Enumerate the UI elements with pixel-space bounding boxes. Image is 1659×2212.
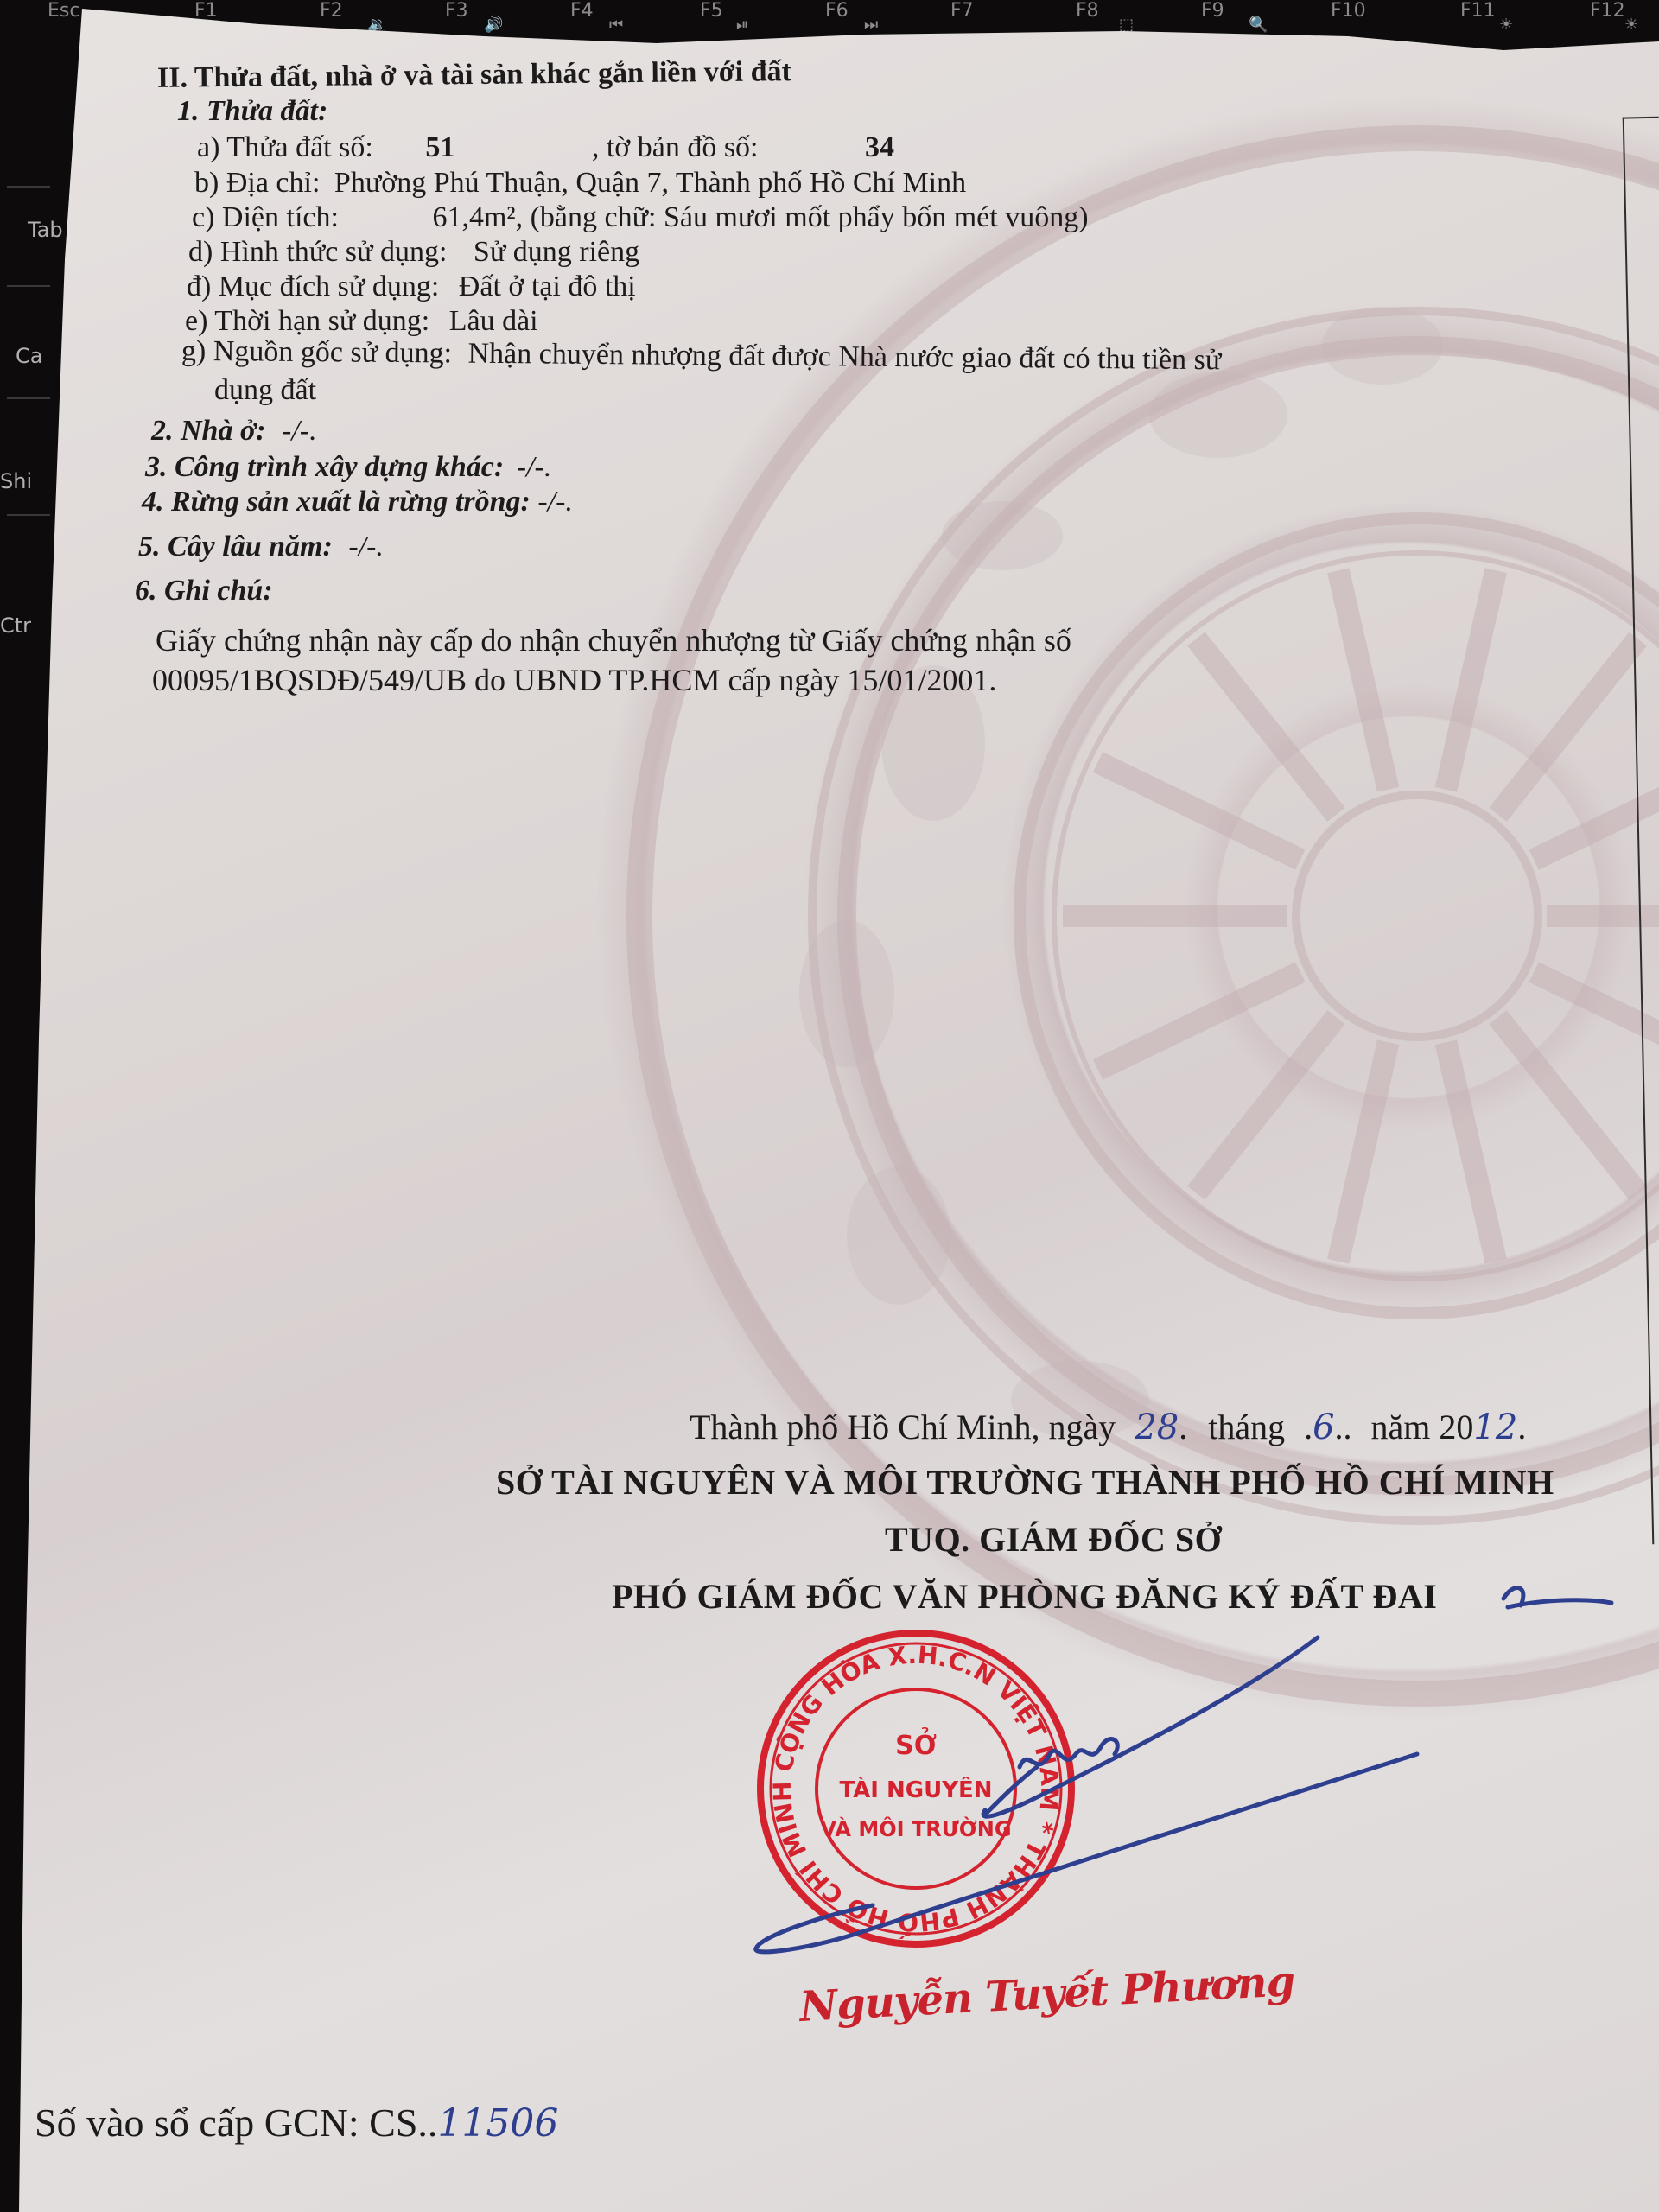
term-value: Lâu dài [449,305,538,337]
house-row: 2. Nhà ở: -/-. [151,415,317,448]
agency-name: SỞ TÀI NGUYÊN VÀ MÔI TRƯỜNG THÀNH PHỐ HỒ… [496,1462,1554,1503]
seal-center-line3: VÀ MÔI TRƯỜNG [820,1815,1011,1841]
key-f11: F11 [1460,0,1496,22]
production-forest-heading: 4. Rừng sản xuất là rừng trồng: [142,486,531,518]
notes-line1: Giấy chứng nhận này cấp do nhận chuyển n… [156,622,1071,658]
key-f9: F9 [1201,0,1224,22]
other-construction-value: -/-. [517,451,552,483]
production-forest-value: -/-. [537,486,573,518]
key-shift: Shi [0,469,32,493]
year-printed: 20 [1439,1408,1473,1446]
key-f7: F7 [950,0,974,22]
on-behalf-title: TUQ. GIÁM ĐỐC SỞ [885,1519,1222,1560]
play-pause-icon: ⏯ [736,16,748,34]
other-construction-heading: 3. Công trình xây dựng khác: [145,451,504,483]
key-f4: F4 [570,0,594,22]
key-tab: Tab [28,218,63,242]
seal-center-line1: SỞ [895,1726,937,1761]
signer-name: Nguyễn Tuyết Phương [798,1957,1295,2031]
registry-number: 11506 [437,2101,558,2145]
signer-position: PHÓ GIÁM ĐỐC VĂN PHÒNG ĐĂNG KÝ ĐẤT ĐAI [612,1576,1437,1617]
address-label: b) Địa chỉ: [194,167,320,199]
usage-form-label: d) Hình thức sử dụng: [188,236,447,268]
map-sheet-label: , tờ bản đồ số: [592,131,759,163]
other-construction-row: 3. Công trình xây dựng khác: -/-. [145,451,551,484]
origin-value-line2: dụng đất [214,374,316,407]
notes-heading: 6. Ghi chú: [135,575,273,607]
house-value: -/-. [282,415,317,447]
origin-value-line1: Nhận chuyển nhượng đất được Nhà nước gia… [467,338,1221,377]
area-value: 61,4m² [432,201,515,233]
plot-number-row: a) Thửa đất số: 51 , tờ bản đồ số: 34 [197,131,894,164]
usage-form-row: d) Hình thức sử dụng: Sử dụng riêng [188,236,639,269]
volume-up-icon: 🔊 [484,16,503,34]
registry-label: Số vào sổ cấp GCN: CS.. [35,2101,437,2145]
date-month: 6 [1313,1408,1334,1447]
key-esc: Esc [48,0,79,22]
year-handwritten: 12 [1473,1408,1517,1447]
key-f6: F6 [825,0,849,22]
key-ctrl: Ctr [0,613,31,638]
search-icon: 🔍 [1249,16,1268,34]
key-f8: F8 [1076,0,1099,22]
date-day: 28 [1135,1408,1179,1447]
usage-form-value: Sử dụng riêng [474,236,639,268]
section-title: II. Thửa đất, nhà ở và tài sản khác gắn … [157,55,791,95]
place-date-prefix: Thành phố Hồ Chí Minh, ngày [690,1408,1116,1446]
next-track-icon: ⏭ [864,16,878,34]
perennial-trees-value: -/-. [348,531,384,563]
key-f5: F5 [700,0,723,22]
address-value: Phường Phú Thuận, Quận 7, Thành phố Hồ C… [334,167,966,199]
brightness-down-icon: ☀ [1499,16,1513,34]
purpose-label: đ) Mục đích sử dụng: [187,270,439,302]
origin-row: g) Nguồn gốc sử dụng: Nhận chuyển nhượng… [181,335,1222,377]
house-heading: 2. Nhà ở: [151,415,266,447]
address-row: b) Địa chỉ: Phường Phú Thuận, Quận 7, Th… [194,167,966,200]
year-label: năm [1371,1408,1431,1446]
purpose-row: đ) Mục đích sử dụng: Đất ở tại đô thị [187,270,636,303]
perennial-trees-heading: 5. Cây lâu năm: [138,531,333,563]
key-f1: F1 [194,0,218,22]
key-f10: F10 [1331,0,1366,22]
seal-center-line2: TÀI NGUYÊN [839,1776,992,1803]
key-f3: F3 [445,0,468,22]
month-label: tháng [1208,1408,1285,1446]
map-sheet-value: 34 [865,131,894,163]
perennial-trees-row: 5. Cây lâu năm: -/-. [138,531,384,563]
key-caps: Ca [16,344,42,368]
area-label: c) Diện tích: [192,201,339,233]
term-label: e) Thời hạn sử dụng: [185,305,429,337]
brightness-up-icon: ☀ [1624,16,1638,34]
key-f2: F2 [320,0,343,22]
origin-label: g) Nguồn gốc sử dụng: [181,335,452,370]
plot-number-label: a) Thửa đất số: [197,131,373,163]
notes-line2: 00095/1BQSDĐ/549/UB do UBND TP.HCM cấp n… [152,662,996,698]
land-plot-heading: 1. Thửa đất: [177,95,327,128]
place-date-line: Thành phố Hồ Chí Minh, ngày 28. tháng .6… [690,1407,1526,1447]
certificate-content: II. Thửa đất, nhà ở và tài sản khác gắn … [0,0,1659,2212]
plot-number-value: 51 [425,131,454,163]
key-f12: F12 [1590,0,1625,22]
certificate-page: II. Thửa đất, nhà ở và tài sản khác gắn … [0,0,1659,2212]
term-row: e) Thời hạn sử dụng: Lâu dài [185,305,538,338]
area-row: c) Diện tích: 61,4m², (bằng chữ: Sáu mươ… [192,201,1089,234]
official-seal-stamp: CỘNG HÒA X.H.C.N VIỆT NAM * THÀNH PHỐ HỒ… [752,1624,1080,1953]
display-icon: ⬚ [1119,16,1134,34]
registry-number-row: Số vào sổ cấp GCN: CS..11506 [35,2100,558,2145]
previous-track-icon: ⏮ [609,16,623,34]
production-forest-row: 4. Rừng sản xuất là rừng trồng: -/-. [142,486,573,518]
area-in-words: , (bằng chữ: Sáu mươi mốt phẩy bốn mét v… [516,201,1089,233]
purpose-value: Đất ở tại đô thị [459,270,636,302]
